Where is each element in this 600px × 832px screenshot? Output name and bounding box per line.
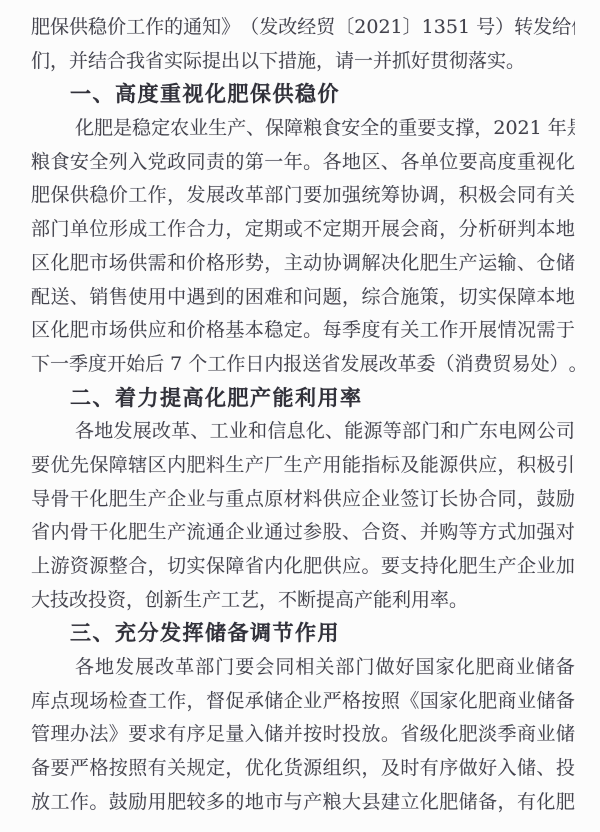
text-line: 省内骨干化肥生产流通企业通过参股、合资、并购等方式加强对 — [31, 516, 575, 550]
text-line: 各地发展改革部门要会同相关部门做好国家化肥商业储备 — [31, 651, 575, 685]
section-heading: 二、着力提高化肥产能利用率 — [31, 382, 575, 416]
text-line: 管理办法》要求有序足量入储并按时投放。省级化肥淡季商业储 — [31, 718, 575, 752]
document-page: 肥保供稳价工作的通知》（发改经贸〔2021〕1351 号）转发给你们，并结合我省… — [0, 0, 600, 832]
text-line: 区化肥市场供应和价格基本稳定。每季度有关工作开展情况需于 — [31, 314, 575, 348]
text-line: 区化肥市场供需和价格形势，主动协调解决化肥生产运输、仓储 — [31, 247, 575, 281]
text-line: 上游资源整合，切实保障省内化肥供应。要支持化肥生产企业加 — [31, 550, 575, 584]
section-heading: 一、高度重视化肥保供稳价 — [31, 78, 575, 112]
text-line: 备要严格按照有关规定，优化货源组织，及时有序做好入储、投 — [31, 752, 575, 786]
document-body: 肥保供稳价工作的通知》（发改经贸〔2021〕1351 号）转发给你们，并结合我省… — [0, 0, 600, 832]
section-heading: 三、充分发挥储备调节作用 — [31, 617, 575, 651]
text-line: 导骨干化肥生产企业与重点原材料供应企业签订长协合同，鼓励 — [31, 483, 575, 517]
text-line: 各地发展改革、工业和信息化、能源等部门和广东电网公司 — [31, 415, 575, 449]
text-line: 放工作。鼓励用肥较多的地市与产粮大县建立化肥储备，有化肥 — [31, 786, 575, 820]
text-line: 化肥是稳定农业生产、保障粮食安全的重要支撑，2021 年是 — [31, 112, 575, 146]
text-line: 配送、销售使用中遇到的困难和问题，综合施策，切实保障本地 — [31, 281, 575, 315]
text-line: 粮食安全列入党政同责的第一年。各地区、各单位要高度重视化 — [31, 146, 575, 180]
text-line: 肥保供稳价工作，发展改革部门要加强统筹协调，积极会同有关 — [31, 179, 575, 213]
text-line: 要优先保障辖区内肥料生产厂生产用能指标及能源供应，积极引 — [31, 449, 575, 483]
text-line: 肥保供稳价工作的通知》（发改经贸〔2021〕1351 号）转发给你 — [31, 11, 575, 45]
text-line: 下一季度开始后 7 个工作日内报送省发展改革委（消费贸易处）。 — [31, 348, 575, 382]
text-line: 部门单位形成工作合力，定期或不定期开展会商，分析研判本地 — [31, 213, 575, 247]
text-line: 库点现场检查工作，督促承储企业严格按照《国家化肥商业储备 — [31, 685, 575, 719]
text-line: 们，并结合我省实际提出以下措施，请一并抓好贯彻落实。 — [31, 45, 575, 79]
text-line: 大技改投资，创新生产工艺，不断提高产能利用率。 — [31, 584, 575, 618]
